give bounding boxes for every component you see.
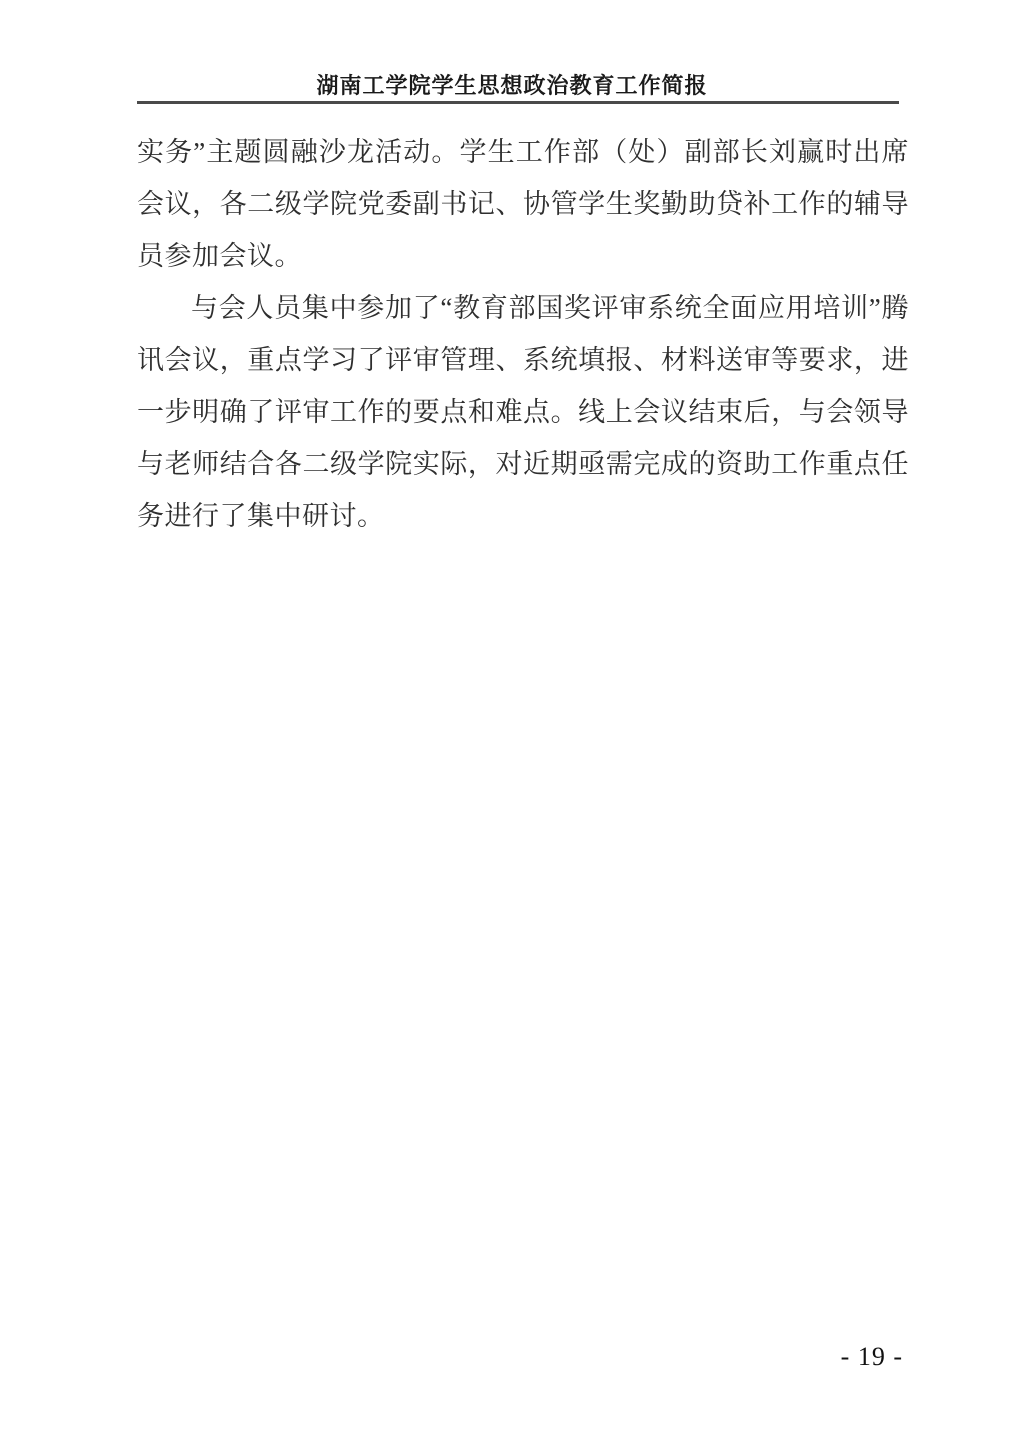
- document-body: 实务”主题圆融沙龙活动。学生工作部（处）副部长刘赢时出席会议，各二级学院党委副书…: [137, 126, 909, 542]
- body-paragraph: 实务”主题圆融沙龙活动。学生工作部（处）副部长刘赢时出席会议，各二级学院党委副书…: [137, 126, 909, 282]
- page-number: - 19 -: [841, 1342, 903, 1372]
- document-page: 湖南工学院学生思想政治教育工作简报 实务”主题圆融沙龙活动。学生工作部（处）副部…: [0, 0, 1024, 1448]
- page-title: 湖南工学院学生思想政治教育工作简报: [0, 72, 1024, 100]
- body-paragraph: 与会人员集中参加了“教育部国奖评审系统全面应用培训”腾讯会议，重点学习了评审管理…: [137, 282, 909, 542]
- header-divider: [137, 101, 899, 104]
